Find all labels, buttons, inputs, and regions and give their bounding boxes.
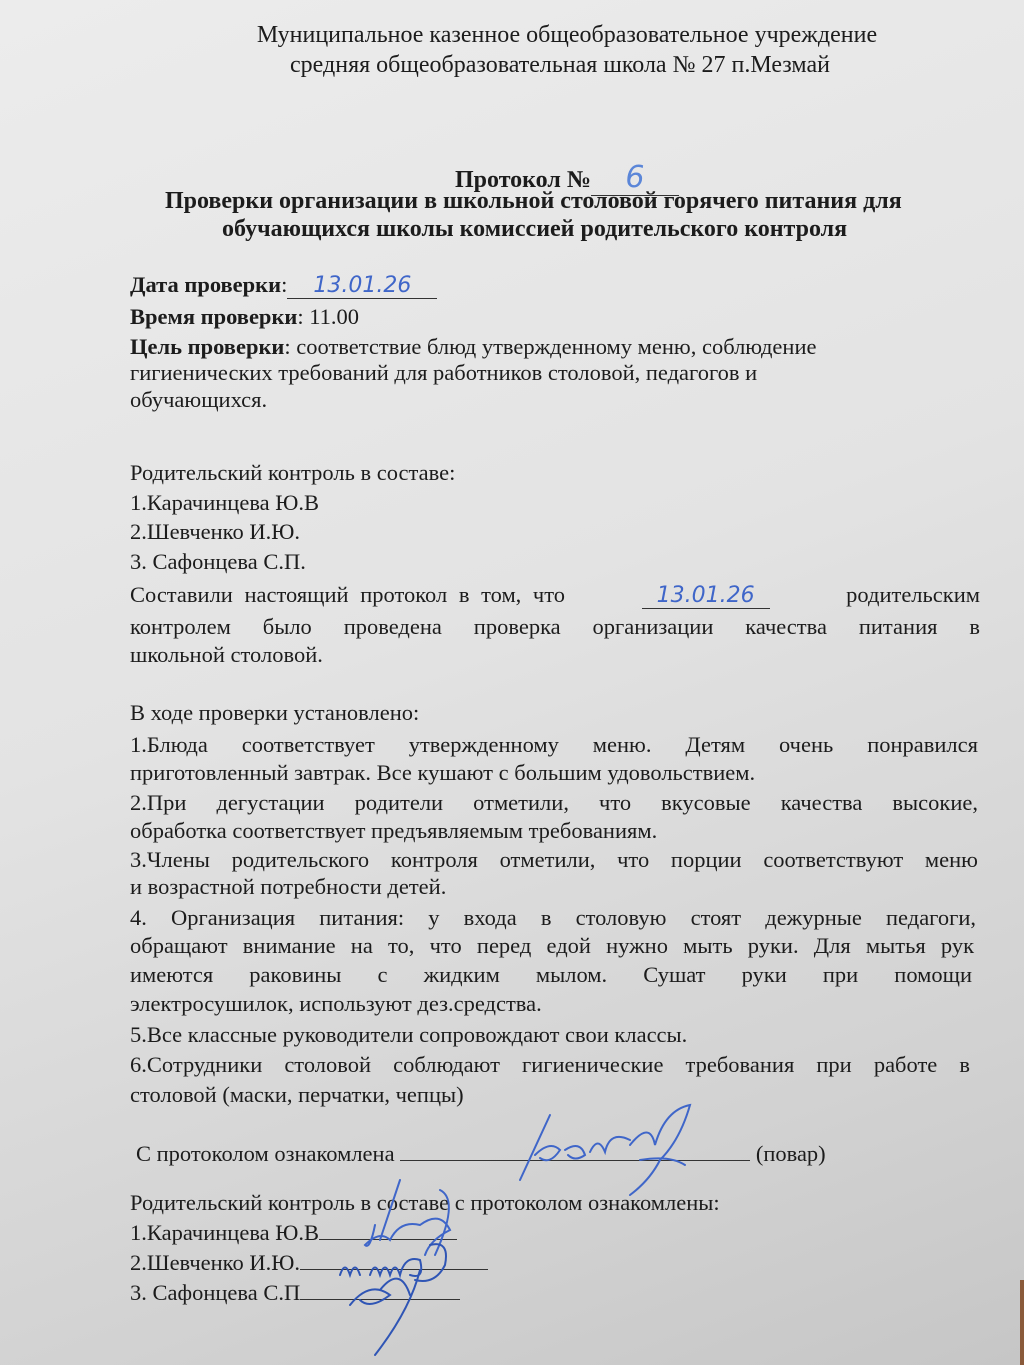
signature-line	[319, 1221, 457, 1240]
finding-line: 4. Организация питания: у входа в столов…	[130, 905, 976, 931]
committee-ack-heading: Родительский контроль в составе с проток…	[130, 1190, 720, 1216]
finding-line: 6.Сотрудники столовой соблюдают гигиенич…	[130, 1052, 970, 1078]
protocol-subtitle-line2: обучающихся школы комиссией родительског…	[222, 216, 847, 243]
cook-role: (повар)	[756, 1141, 826, 1166]
statement-date-value: 13.01.26	[657, 583, 755, 608]
committee-member: 3. Сафонцева С.П.	[130, 549, 306, 575]
date-label: Дата проверки	[130, 272, 281, 297]
cook-signature-line	[400, 1140, 750, 1161]
protocol-subtitle-line1: Проверки организации в школьной столовой…	[165, 188, 902, 215]
cook-label: С протоколом ознакомлена	[136, 1141, 395, 1166]
goal-label: Цель проверки	[130, 334, 284, 359]
institution-name-line1: Муниципальное казенное общеобразовательн…	[55, 22, 1024, 49]
statement-date-field: 13.01.26	[642, 582, 770, 609]
time-label: Время проверки	[130, 304, 297, 329]
inspection-goal-line3: обучающихся.	[130, 387, 267, 413]
signature-line	[300, 1281, 460, 1300]
finding-line: имеются раковины с жидким мылом. Сушат р…	[130, 962, 972, 988]
document-page: Муниципальное казенное общеобразовательн…	[0, 0, 1024, 1365]
signature-line	[300, 1251, 488, 1270]
statement-line3: школьной столовой.	[130, 642, 323, 668]
date-field: 13.01.26	[287, 272, 437, 299]
date-value: 13.01.26	[313, 273, 411, 298]
finding-line: обращают внимание на то, что перед едой …	[130, 933, 974, 959]
finding-line: 5.Все классные руководители сопровождают…	[130, 1022, 687, 1048]
finding-line: обработка соответствует предъявляемым тр…	[130, 818, 657, 844]
committee-member: 2.Шевченко И.Ю.	[130, 519, 300, 545]
finding-line: и возрастной потребности детей.	[130, 874, 446, 900]
cook-acknowledgement: С протоколом ознакомлена (повар)	[136, 1140, 826, 1167]
finding-line: 2.При дегустации родители отметили, что …	[130, 790, 978, 816]
inspection-date: Дата проверки:13.01.26	[130, 272, 437, 299]
committee-member: 1.Карачинцева Ю.В	[130, 490, 319, 516]
finding-line: приготовленный завтрак. Все кушают с бол…	[130, 760, 755, 786]
statement-line1: Составили настоящий протокол в том, что …	[130, 582, 980, 609]
time-value: : 11.00	[297, 304, 359, 329]
statement-line2: контролем было проведена проверка органи…	[130, 614, 980, 640]
committee-ack-member: 2.Шевченко И.Ю.	[130, 1250, 488, 1276]
inspection-time: Время проверки: 11.00	[130, 304, 359, 330]
finding-line: 1.Блюда соответствует утвержденному меню…	[130, 732, 978, 758]
finding-line: столовой (маски, перчатки, чепцы)	[130, 1082, 464, 1108]
inspection-goal-line2: гигиенических требований для работников …	[130, 360, 757, 386]
institution-name-line2: средняя общеобразовательная школа № 27 п…	[48, 52, 1024, 79]
finding-line: электросушилок, используют дез.средства.	[130, 991, 542, 1017]
findings-heading: В ходе проверки установлено:	[130, 700, 419, 726]
committee-ack-member: 1.Карачинцева Ю.В	[130, 1220, 457, 1246]
inspection-goal-line1: Цель проверки: соответствие блюд утвержд…	[130, 334, 816, 360]
finding-line: 3.Члены родительского контроля отметили,…	[130, 847, 978, 873]
page-edge	[1020, 1280, 1024, 1365]
committee-heading: Родительский контроль в составе:	[130, 460, 455, 486]
committee-ack-member: 3. Сафонцева С.П	[130, 1280, 460, 1306]
